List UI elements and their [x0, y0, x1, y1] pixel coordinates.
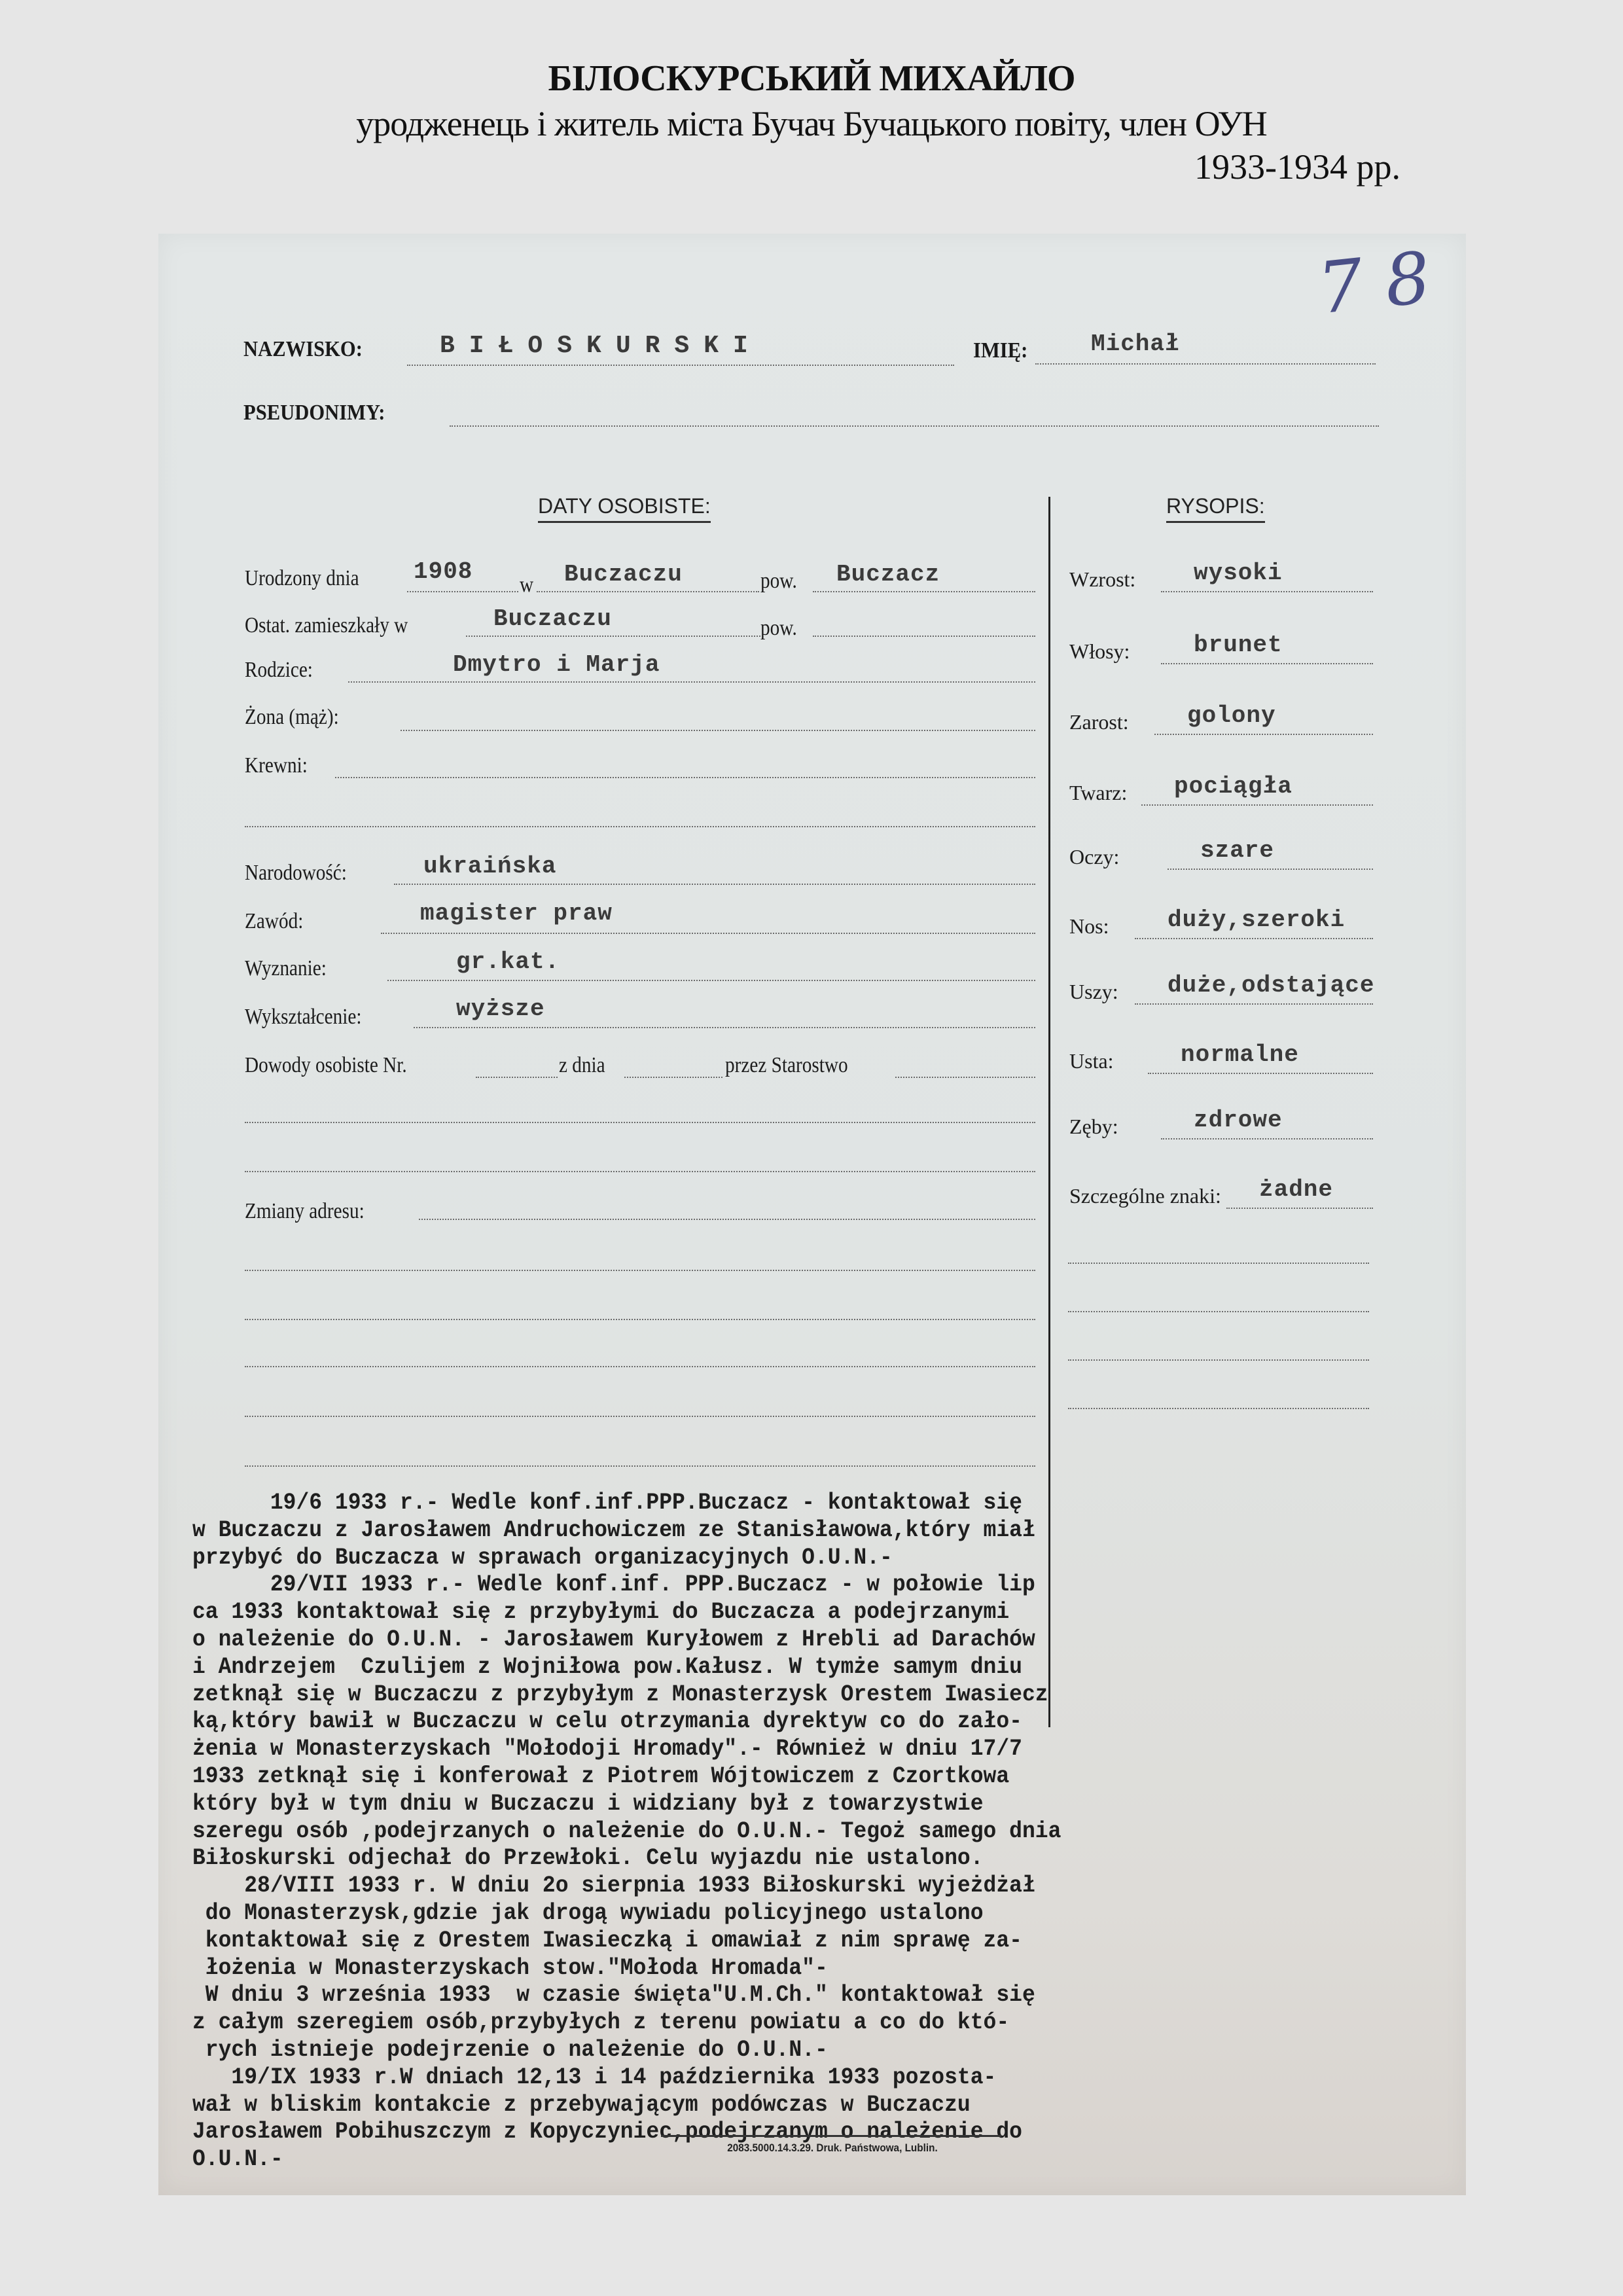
narrative-line: kontaktował się z Orestem Iwasieczką i o… — [192, 1927, 1325, 1954]
handwritten-archive-number: 78 — [1314, 235, 1456, 331]
description-value: normalne — [1181, 1041, 1299, 1068]
narrative-line: zetknął się w Buczaczu z przybyłym z Mon… — [192, 1681, 1325, 1708]
description-line — [1161, 663, 1373, 664]
address-line-2 — [245, 1270, 1035, 1271]
marks-line-2 — [1068, 1263, 1369, 1264]
last-residence-label: Ostat. zamieszkały w — [245, 613, 408, 638]
description-line — [1141, 804, 1373, 806]
spouse-label: Żona (mąż): — [245, 705, 339, 730]
narrative-line: żenia w Monasterzyskach "Mołodoji Hromad… — [192, 1735, 1325, 1763]
born-in-label: w — [520, 573, 533, 598]
last-residence-line — [466, 636, 760, 637]
name-line — [1035, 363, 1376, 365]
description-line — [1148, 1073, 1373, 1074]
born-pow-label: pow. — [760, 569, 797, 594]
id-line-2 — [245, 1122, 1035, 1123]
id-date-label: z dnia — [559, 1053, 605, 1078]
description-value: wysoki — [1194, 560, 1283, 586]
born-place-value: Buczaczu — [564, 561, 683, 588]
document-years: 1933-1934 рр. — [1194, 147, 1400, 187]
parents-value: Dmytro i Marja — [453, 651, 660, 678]
description-line — [1135, 938, 1373, 939]
born-value: 1908 — [414, 558, 473, 585]
nationality-line — [394, 884, 1035, 885]
address-line-4 — [245, 1366, 1035, 1367]
name-value: Michał — [1091, 331, 1180, 357]
description-value: golony — [1187, 702, 1276, 729]
education-label: Wykształcenie: — [245, 1005, 361, 1030]
description-value: szare — [1200, 837, 1274, 864]
last-residence-pow-line — [813, 636, 1035, 637]
born-pow-value: Buczacz — [836, 561, 940, 588]
relatives-line-2 — [245, 826, 1035, 827]
religion-value: gr.kat. — [456, 948, 560, 975]
nationality-label: Narodowość: — [245, 861, 347, 886]
nationality-value: ukraińska — [423, 853, 556, 880]
parents-line — [348, 681, 1035, 683]
surname-label: NAZWISKO: — [243, 337, 363, 362]
religion-label: Wyznanie: — [245, 956, 327, 981]
description-line — [1168, 869, 1373, 870]
description-value: zdrowe — [1194, 1107, 1283, 1134]
typed-narrative: 19/6 1933 r.- Wedle konf.inf.PPP.Buczacz… — [192, 1489, 1410, 2173]
narrative-line: w Buczaczu z Jarosławem Andruchowiczem z… — [192, 1516, 1325, 1544]
surname-value: BIŁOSKURSKI — [440, 332, 762, 360]
narrative-line: 1933 zetknął się i konferował z Piotrem … — [192, 1763, 1325, 1790]
description-label: Uszy: — [1069, 980, 1118, 1004]
printer-imprint: 2083.5000.14.3.29. Druk. Państwowa, Lubl… — [226, 2142, 1439, 2155]
narrative-line: rych istnieje podejrzenie o należenie do… — [192, 2036, 1325, 2064]
description-value: duży,szeroki — [1168, 906, 1345, 933]
description-label: Oczy: — [1069, 845, 1119, 869]
marks-line-4 — [1068, 1359, 1369, 1361]
description-label: Włosy: — [1069, 639, 1130, 664]
religion-line — [387, 980, 1035, 981]
last-residence-pow-label: pow. — [760, 616, 797, 641]
description-value: brunet — [1194, 632, 1283, 658]
description-line — [1154, 734, 1373, 735]
spouse-line — [401, 730, 1035, 731]
description-label: Szczególne znaki: — [1069, 1184, 1221, 1208]
profession-value: magister praw — [420, 900, 613, 927]
name-label: IMIĘ: — [973, 338, 1027, 363]
narrative-line: i Andrzejem Czulijem z Wojniłowa pow.Kał… — [192, 1653, 1325, 1681]
address-line-3 — [245, 1319, 1035, 1320]
registration-card: 78 NAZWISKO: BIŁOSKURSKI IMIĘ: Michał PS… — [158, 234, 1466, 2195]
profession-line — [381, 933, 1035, 934]
description-heading: RYSOPIS: — [1166, 494, 1265, 523]
born-date-line — [407, 591, 518, 592]
description-label: Nos: — [1069, 914, 1109, 939]
last-residence-value: Buczaczu — [493, 605, 612, 632]
address-line-5 — [245, 1416, 1035, 1417]
born-place-line — [537, 591, 759, 592]
pseudonyms-line — [450, 425, 1379, 427]
description-label: Zarost: — [1069, 710, 1129, 734]
education-value: wyższe — [456, 996, 545, 1022]
description-value: żadne — [1259, 1176, 1333, 1203]
marks-line-3 — [1068, 1311, 1369, 1312]
printer-rule — [661, 2135, 1001, 2137]
description-label: Usta: — [1069, 1049, 1114, 1073]
surname-line — [407, 365, 954, 366]
id-number-line — [476, 1077, 558, 1078]
born-pow-line — [813, 591, 1035, 592]
description-line — [1161, 591, 1373, 592]
description-label: Wzrost: — [1069, 567, 1135, 592]
document-title: БІЛОСКУРСЬКИЙ МИХАЙЛО — [0, 58, 1623, 99]
narrative-line: o należenie do O.U.N. - Jarosławem Kurył… — [192, 1626, 1325, 1653]
address-line-6 — [245, 1465, 1035, 1467]
document-subtitle: уродженець і житель міста Бучач Бучацько… — [0, 103, 1623, 144]
narrative-line: wał w bliskim kontakcie z przebywającym … — [192, 2091, 1325, 2119]
narrative-line: W dniu 3 września 1933 w czasie święta"U… — [192, 1981, 1325, 2009]
parents-label: Rodzice: — [245, 658, 313, 683]
narrative-line: 28/VIII 1933 r. W dniu 2o sierpnia 1933 … — [192, 1872, 1325, 1899]
narrative-line: łożenia w Monasterzyskach stow."Mołoda H… — [192, 1954, 1325, 1982]
born-label: Urodzony dnia — [245, 566, 359, 591]
description-line — [1161, 1138, 1373, 1139]
narrative-line: ca 1933 kontaktował się z przybyłymi do … — [192, 1598, 1325, 1626]
narrative-line: 19/6 1933 r.- Wedle konf.inf.PPP.Buczacz… — [192, 1489, 1325, 1516]
personal-data-heading: DATY OSOBISTE: — [538, 494, 711, 523]
narrative-line: przybyć do Buczacza w sprawach organizac… — [192, 1544, 1325, 1571]
description-line — [1135, 1003, 1373, 1005]
id-issuer-label: przez Starostwo — [725, 1053, 848, 1078]
narrative-line: ką,który bawił w Buczaczu w celu otrzyma… — [192, 1708, 1325, 1735]
description-line — [1226, 1208, 1373, 1209]
narrative-line: 29/VII 1933 r.- Wedle konf.inf. PPP.Bucz… — [192, 1571, 1325, 1598]
address-changes-label: Zmiany adresu: — [245, 1199, 365, 1224]
relatives-label: Krewni: — [245, 753, 308, 778]
description-value: duże,odstające — [1168, 972, 1374, 999]
profession-label: Zawód: — [245, 909, 303, 934]
description-label: Twarz: — [1069, 781, 1127, 805]
education-line — [414, 1027, 1035, 1028]
description-label: Zęby: — [1069, 1115, 1118, 1139]
narrative-line: 19/IX 1933 r.W dniach 12,13 i 14 paździe… — [192, 2064, 1325, 2091]
narrative-line: szeregu osób ,podejrzanych o należenie d… — [192, 1818, 1325, 1845]
id-label: Dowody osobiste Nr. — [245, 1053, 407, 1078]
narrative-line: do Monasterzysk,gdzie jak drogą wywiadu … — [192, 1899, 1325, 1927]
marks-line-5 — [1068, 1408, 1369, 1409]
relatives-line-1 — [335, 777, 1035, 778]
narrative-line: który był w tym dniu w Buczaczu i widzia… — [192, 1790, 1325, 1818]
address-line-1 — [419, 1219, 1035, 1220]
description-value: pociągła — [1174, 773, 1293, 800]
pseudonyms-label: PSEUDONIMY: — [243, 401, 385, 425]
id-date-line — [624, 1077, 722, 1078]
narrative-line: Biłoskurski odjechał do Przewłoki. Celu … — [192, 1844, 1325, 1872]
narrative-line: z całym szeregiem osób,przybyłych z tere… — [192, 2009, 1325, 2036]
id-issuer-line — [895, 1077, 1035, 1078]
id-line-3 — [245, 1171, 1035, 1172]
